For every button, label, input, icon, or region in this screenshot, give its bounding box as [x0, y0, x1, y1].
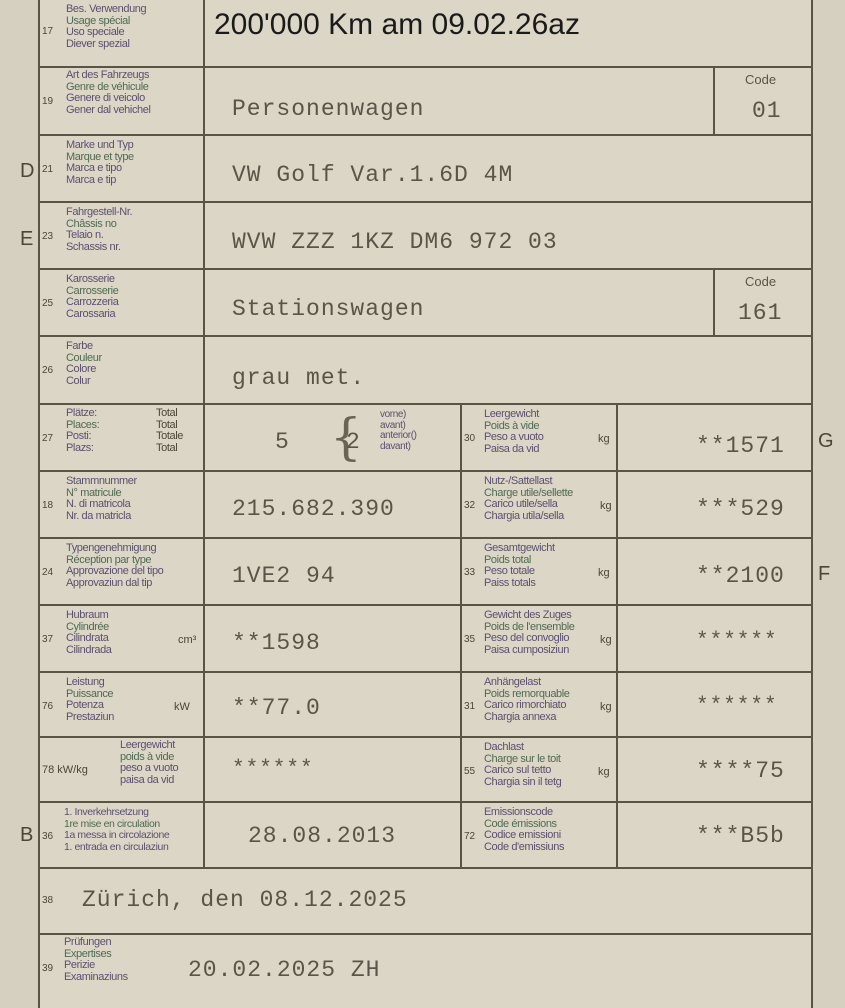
row-first-registration-emission: 36 1. Inverkehrsetzung1re mise en circul… [40, 803, 811, 869]
field-number: 33 [464, 567, 475, 578]
code-label: Code [745, 72, 776, 87]
matricule-value: 215.682.390 [232, 496, 395, 522]
roof-load-value: ****75 [696, 758, 785, 784]
marker-f: F [818, 563, 830, 586]
row-special-usage: 17 Bes. VerwendungUsage spécialUso speci… [40, 0, 811, 68]
row-power-ratio-roof-load: 78 kW/kg Leergewichtpoids à videpeso a v… [40, 738, 811, 803]
row-type-approval-total-weight: 24 TypengenehmigungRéception par typeApp… [40, 539, 811, 606]
towing-weight-value: ****** [696, 695, 778, 718]
marker-b: B [20, 824, 33, 847]
code-label: Code [745, 274, 776, 289]
field-label: Fahrgestell-Nr.Châssis noTelaio n.Schass… [66, 207, 132, 253]
field-label: Plätze:Places:Posti:Plazs: [66, 408, 99, 454]
field-number: 18 [42, 500, 53, 511]
field-number: 78 kW/kg [42, 764, 88, 776]
field-number: 26 [42, 365, 53, 376]
marker-e: E [20, 228, 33, 251]
chassis-number-value: WVW ZZZ 1KZ DM6 972 03 [232, 229, 558, 255]
field-number: 37 [42, 634, 53, 645]
field-label: DachlastCharge sur le toitCarico sul tet… [484, 742, 561, 788]
unit-label: kW [174, 701, 190, 713]
field-label: Marke und TypMarque et typeMarca e tipoM… [66, 140, 134, 186]
unit-label: kg [598, 567, 610, 579]
field-label: KarosserieCarrosserieCarrozzeriaCarossar… [66, 274, 118, 320]
field-label: EmissionscodeCode émissionsCodice emissi… [484, 807, 564, 853]
row-matricule-payload: 18 StammnummerN° matriculeN. di matricol… [40, 472, 811, 539]
total-label: TotalTotalTotaleTotal [156, 408, 183, 454]
field-number: 25 [42, 298, 53, 309]
row-displacement-train-weight: 37 HubraumCylindréeCilindrataCilindrada … [40, 606, 811, 673]
power-ratio-value: ****** [232, 758, 314, 781]
body-type-code: 161 [738, 300, 782, 326]
field-label: 1. Inverkehrsetzung1re mise en circulati… [64, 807, 169, 853]
field-number: 17 [42, 26, 53, 37]
field-number: 23 [42, 231, 53, 242]
unit-label: kg [600, 500, 612, 512]
total-weight-value: **2100 [696, 563, 785, 589]
field-number: 76 [42, 701, 53, 712]
unit-label: cm³ [178, 634, 196, 646]
field-number: 31 [464, 701, 475, 712]
special-usage-value: 200'000 Km am 09.02.26az [214, 8, 580, 42]
row-body-type: 25 KarosserieCarrosserieCarrozzeriaCaros… [40, 270, 811, 337]
field-label: StammnummerN° matriculeN. di matricolaNr… [66, 476, 137, 522]
type-approval-value: 1VE2 94 [232, 563, 336, 589]
field-number: 55 [464, 766, 475, 777]
unit-label: kg [600, 701, 612, 713]
train-weight-value: ****** [696, 630, 778, 653]
make-model-value: VW Golf Var.1.6D 4M [232, 162, 513, 188]
field-number: 19 [42, 96, 53, 107]
field-number: 72 [464, 831, 475, 842]
unit-label: kg [598, 433, 610, 445]
field-label: LeistungPuissancePotenzaPrestaziun [66, 677, 114, 723]
payload-value: ***529 [696, 496, 785, 522]
field-label: Art des FahrzeugsGenre de véhiculeGenere… [66, 70, 151, 116]
first-registration-value: 28.08.2013 [248, 823, 396, 849]
field-label: HubraumCylindréeCilindrataCilindrada [66, 610, 112, 656]
field-label: TypengenehmigungRéception par typeApprov… [66, 543, 163, 589]
power-value: **77.0 [232, 695, 321, 721]
emission-code-value: ***B5b [696, 823, 785, 849]
unit-label: kg [600, 634, 612, 646]
field-label: Bes. VerwendungUsage spécialUso speciale… [66, 4, 146, 50]
field-label: Leergewichtpoids à videpeso a vuotopaisa… [120, 740, 178, 786]
row-chassis-number: 23 Fahrgestell-Nr.Châssis noTelaio n.Sch… [40, 203, 811, 270]
body-type-value: Stationswagen [232, 296, 424, 322]
row-seats-empty-weight: 27 Plätze:Places:Posti:Plazs: TotalTotal… [40, 405, 811, 472]
empty-weight-value: **1571 [696, 433, 785, 459]
row-make-model: 21 Marke und TypMarque et typeMarca e ti… [40, 136, 811, 203]
field-number: 21 [42, 164, 53, 175]
field-number: 35 [464, 634, 475, 645]
vehicle-type-value: Personenwagen [232, 96, 424, 122]
color-value: grau met. [232, 365, 365, 391]
field-label: FarbeCouleurColoreColur [66, 341, 102, 387]
row-inspections: 39 PrüfungenExpertisesPerizieExaminaziun… [40, 935, 811, 1008]
field-label: PrüfungenExpertisesPerizieExaminaziuns [64, 937, 128, 983]
field-label: LeergewichtPoids à videPeso a vuotoPaisa… [484, 409, 543, 455]
displacement-value: **1598 [232, 630, 321, 656]
row-issue-place-date: 38 Zürich, den 08.12.2025 [40, 869, 811, 935]
field-label: Gewicht des ZugesPoids de l'ensemblePeso… [484, 610, 575, 656]
row-power-towing: 76 LeistungPuissancePotenzaPrestaziun kW… [40, 673, 811, 738]
seats-front-value: 2 [346, 429, 361, 455]
marker-d: D [20, 160, 34, 183]
marker-g: G [818, 430, 834, 453]
field-number: 27 [42, 433, 53, 444]
vehicle-type-code: 01 [752, 98, 782, 124]
field-number: 32 [464, 500, 475, 511]
field-number: 36 [42, 831, 53, 842]
field-label: AnhängelastPoids remorquableCarico rimor… [484, 677, 570, 723]
field-label: GesamtgewichtPoids totalPeso totalePaiss… [484, 543, 555, 589]
field-number: 24 [42, 567, 53, 578]
field-number: 38 [42, 895, 53, 906]
row-color: 26 FarbeCouleurColoreColur grau met. [40, 337, 811, 405]
field-number: 39 [42, 963, 53, 974]
front-seats-label: vorne)avant)anterior()davant) [380, 410, 417, 452]
inspection-value: 20.02.2025 ZH [188, 957, 380, 983]
seats-total-value: 5 [275, 429, 290, 455]
row-vehicle-type: 19 Art des FahrzeugsGenre de véhiculeGen… [40, 68, 811, 136]
vehicle-registration-document: 17 Bes. VerwendungUsage spécialUso speci… [38, 0, 813, 1008]
unit-label: kg [598, 766, 610, 778]
issue-place-date-value: Zürich, den 08.12.2025 [82, 887, 408, 913]
field-label: Nutz-/SattellastCharge utile/selletteCar… [484, 476, 573, 522]
field-number: 30 [464, 433, 475, 444]
